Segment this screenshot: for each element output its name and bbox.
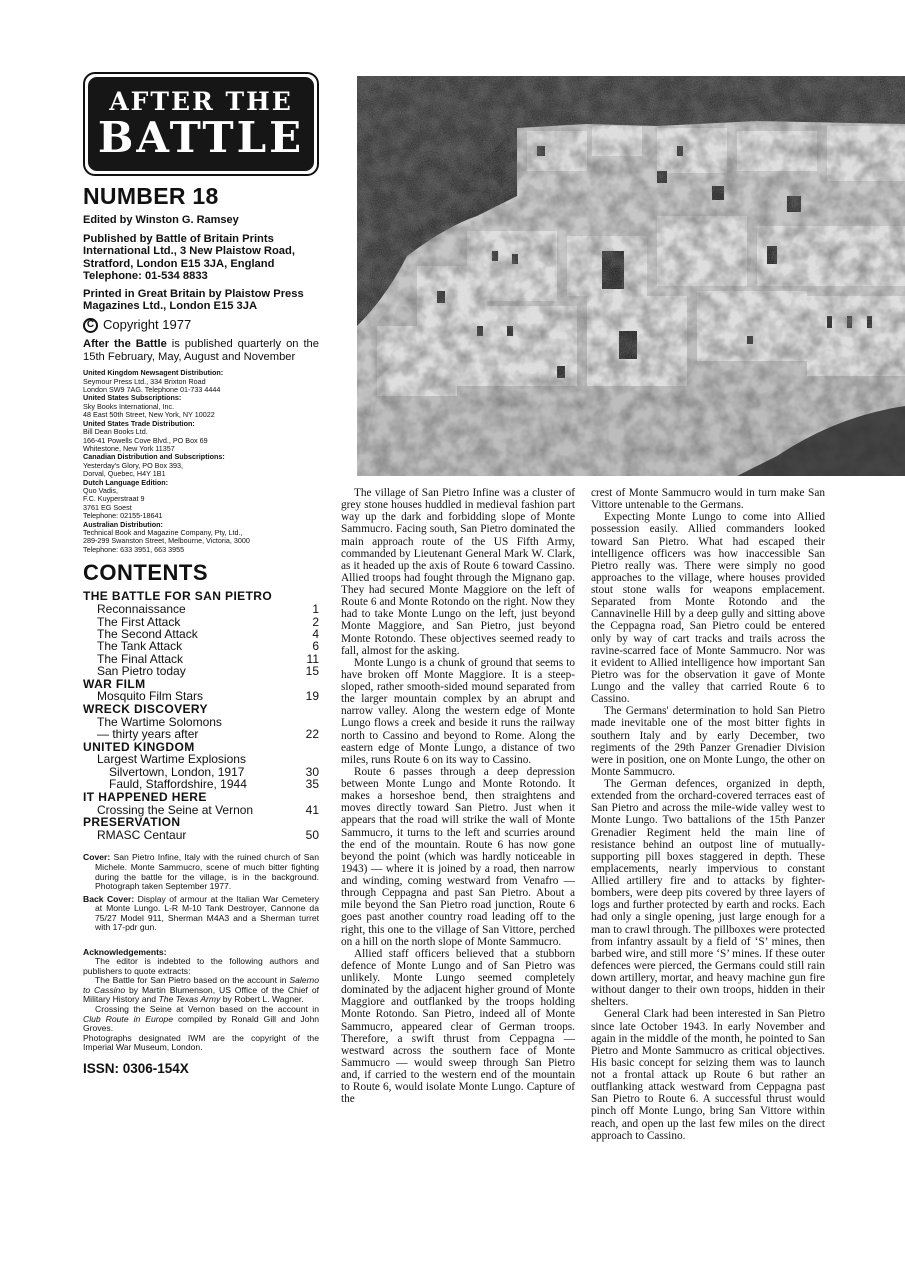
- toc-item-page: 35: [295, 778, 319, 790]
- article-paragraph: Allied staff officers believed that a st…: [341, 948, 575, 1106]
- article-paragraph: Expecting Monte Lungo to come into Allie…: [591, 511, 825, 705]
- logo-line-1: AFTER THE: [109, 88, 293, 116]
- distribution-entry: United Kingdom Newsagent Distribution: S…: [83, 369, 319, 394]
- toc-item[interactable]: Fauld, Staffordshire, 194435: [83, 778, 319, 790]
- distribution-heading: Dutch Language Edition:: [83, 479, 319, 487]
- distribution-entry: Dutch Language Edition: Quo Vadis, F.C. …: [83, 479, 319, 521]
- toc-item-page: 50: [295, 829, 319, 841]
- article-paragraph: The Germans' determination to hold San P…: [591, 705, 825, 778]
- toc-item-title: Mosquito Film Stars: [83, 690, 203, 702]
- logo-line-2: BATTLE: [98, 116, 304, 160]
- acknowledgements-body: The editor is indebted to the following …: [83, 957, 319, 1053]
- toc-item[interactable]: — thirty years after22: [83, 728, 319, 740]
- caption-label: Back Cover:: [83, 894, 134, 904]
- caption-label: Cover:: [83, 852, 110, 862]
- publisher-info: Published by Battle of Britain Prints In…: [83, 233, 319, 283]
- toc-item-page: 15: [295, 665, 319, 677]
- book-title: The Texas Army: [158, 994, 220, 1004]
- toc-item[interactable]: The Tank Attack6: [83, 640, 319, 652]
- toc-item-page: 19: [295, 690, 319, 702]
- issn: ISSN: 0306-154X: [83, 1061, 319, 1077]
- toc-item-title: Largest Wartime Explosions: [83, 753, 246, 765]
- toc-item-page: 6: [295, 640, 319, 652]
- left-column: NUMBER 18 Edited by Winston G. Ramsey Pu…: [83, 182, 319, 1077]
- toc-item-title: — thirty years after: [83, 728, 198, 740]
- copyright-text: Copyright 1977: [103, 317, 191, 333]
- toc-item[interactable]: San Pietro today15: [83, 665, 319, 677]
- masthead-logo: AFTER THE BATTLE: [83, 72, 319, 176]
- toc-item-title: The Tank Attack: [83, 640, 182, 652]
- toc-item-page: 41: [295, 804, 319, 816]
- toc-item[interactable]: Reconnaissance1: [83, 603, 319, 615]
- article-column-2: crest of Monte Sammucro would in turn ma…: [591, 487, 825, 1142]
- issue-number: NUMBER 18: [83, 182, 319, 210]
- toc-item-title: San Pietro today: [83, 665, 186, 677]
- article-paragraph: Route 6 passes through a deep depression…: [341, 766, 575, 948]
- distribution-entry: United States Trade Distribution: Bill D…: [83, 420, 319, 454]
- article-paragraph: The village of San Pietro Infine was a c…: [341, 487, 575, 657]
- ack-paragraph: The Battle for San Pietro based on the a…: [83, 976, 319, 1005]
- back-cover-caption: Back Cover: Display of armour at the Ita…: [83, 895, 319, 933]
- distribution-entry: Australian Distribution: Technical Book …: [83, 521, 319, 555]
- cover-caption: Cover: San Pietro Infine, Italy with the…: [83, 853, 319, 891]
- toc-item[interactable]: RMASC Centaur50: [83, 829, 319, 841]
- article-paragraph: General Clark had been interested in San…: [591, 1008, 825, 1141]
- toc-item-title: Fauld, Staffordshire, 1944: [83, 778, 247, 790]
- ack-paragraph: The editor is indebted to the following …: [83, 957, 319, 976]
- contents-title: CONTENTS: [83, 560, 319, 586]
- caption-text: San Pietro Infine, Italy with the ruined…: [95, 852, 319, 891]
- ack-paragraph: Photographs designated IWM are the copyr…: [83, 1034, 319, 1053]
- contents-list: THE BATTLE FOR SAN PIETRO Reconnaissance…: [83, 590, 319, 841]
- distribution-entry: United States Subscriptions: Sky Books I…: [83, 394, 319, 419]
- distribution-list: United Kingdom Newsagent Distribution: S…: [83, 369, 319, 554]
- article-column-1: The village of San Pietro Infine was a c…: [341, 487, 575, 1105]
- toc-item-page: [295, 753, 319, 765]
- printer-info: Printed in Great Britain by Plaistow Pre…: [83, 288, 319, 313]
- toc-item-page: 1: [295, 603, 319, 615]
- toc-item-title: Reconnaissance: [83, 603, 186, 615]
- distribution-entry: Canadian Distribution and Subscriptions:…: [83, 453, 319, 478]
- article-paragraph: Monte Lungo is a chunk of ground that se…: [341, 657, 575, 766]
- toc-section-heading: IT HAPPENED HERE: [83, 791, 319, 804]
- copyright-icon: C: [83, 318, 98, 333]
- publication-frequency: After the Battle is published quarterly …: [83, 338, 319, 363]
- toc-item-title: RMASC Centaur: [83, 829, 186, 841]
- toc-section-heading: PRESERVATION: [83, 816, 319, 829]
- toc-item[interactable]: Mosquito Film Stars19: [83, 690, 319, 702]
- article-paragraph: The German defences, organized in depth,…: [591, 778, 825, 1008]
- toc-section-heading: WRECK DISCOVERY: [83, 703, 319, 716]
- article-paragraph: crest of Monte Sammucro would in turn ma…: [591, 487, 825, 511]
- toc-item-page: 22: [295, 728, 319, 740]
- magazine-name: After the Battle: [83, 338, 167, 350]
- book-title: Club Route in Europe: [83, 1014, 173, 1024]
- ruined-village-image: [357, 76, 905, 476]
- copyright-line: C Copyright 1977: [83, 317, 319, 333]
- ack-paragraph: Crossing the Seine at Vernon based on th…: [83, 1005, 319, 1034]
- toc-item[interactable]: Largest Wartime Explosions: [83, 753, 319, 765]
- distribution-line: Telephone: 633 3951, 663 3955: [83, 546, 319, 554]
- editor-credit: Edited by Winston G. Ramsey: [83, 214, 319, 227]
- village-photo: [357, 76, 905, 476]
